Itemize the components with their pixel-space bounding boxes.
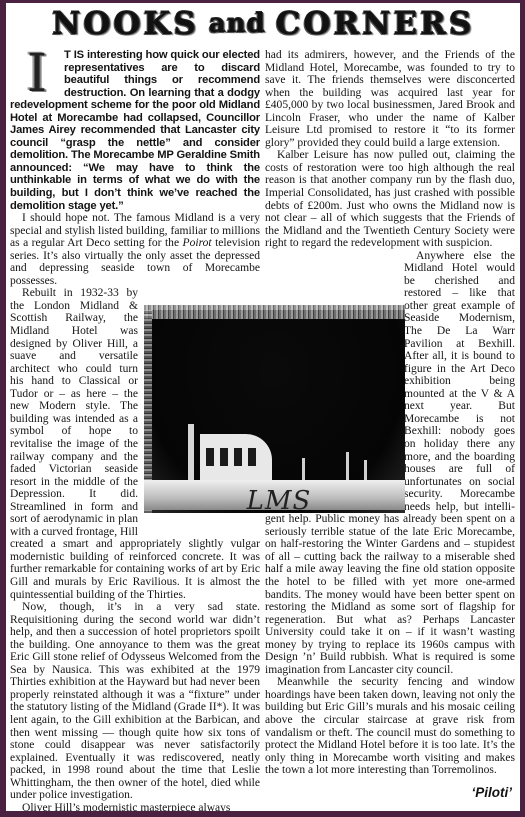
paragraph-3: Now, though, it’s in a very sad state. R… [10, 601, 260, 802]
tv-series-title: Poirot [183, 237, 212, 249]
paragraph-5: Kalber Leisure has now pulled out, claim… [265, 149, 515, 249]
paragraph-4-start: Oliver Hill’s modernistic masterpiece al… [10, 802, 260, 811]
window [248, 448, 256, 466]
paragraph-1: I should hope not. The famous Midland is… [10, 212, 260, 287]
street-lamp [346, 452, 349, 480]
window [220, 448, 228, 466]
street-lamp [364, 460, 367, 480]
hotel-tower-shape [188, 424, 194, 480]
newspaper-page: NOOKS and CORNERS I T IS interesting how… [6, 3, 520, 811]
drop-cap-ornament: I [16, 49, 58, 99]
photo-grain-top [144, 305, 405, 319]
paragraph-7: Meanwhile the security fencing and windo… [265, 676, 515, 776]
paragraph-4-continued: had its admirers, however, and the Frien… [265, 49, 515, 149]
masthead-word-and: and [209, 9, 266, 39]
masthead-word-nooks: NOOKS [52, 6, 199, 42]
author-signature: ‘Piloti’ [472, 785, 513, 800]
midland-hotel-photo [144, 305, 405, 513]
column-masthead: NOOKS and CORNERS [6, 3, 520, 45]
window [234, 448, 242, 466]
street-lamp [302, 458, 305, 480]
masthead-word-corners: CORNERS [276, 6, 475, 42]
hotel-curved-facade [200, 434, 272, 480]
window [206, 448, 214, 466]
lms-logo-caption: LMS [234, 486, 324, 516]
